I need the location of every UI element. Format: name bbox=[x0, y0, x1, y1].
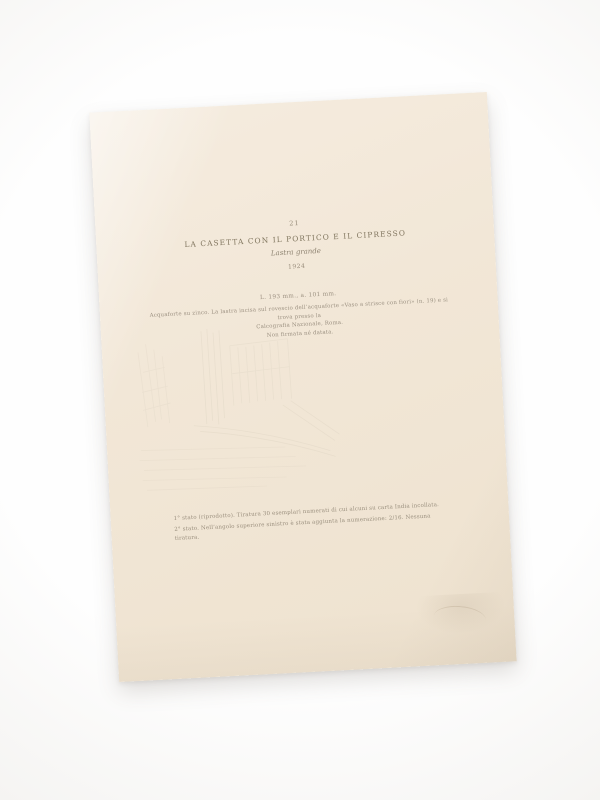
ghost-etching-image bbox=[129, 322, 358, 503]
plate-states: 1° stato (riprodotto). Tiratura 30 esemp… bbox=[174, 500, 455, 545]
catalogue-page: 21 LA CASETTA CON IL PORTICO E IL CIPRES… bbox=[89, 92, 516, 682]
photo-background: 21 LA CASETTA CON IL PORTICO E IL CIPRES… bbox=[0, 0, 600, 800]
page-content: 21 LA CASETTA CON IL PORTICO E IL CIPRES… bbox=[89, 92, 516, 682]
